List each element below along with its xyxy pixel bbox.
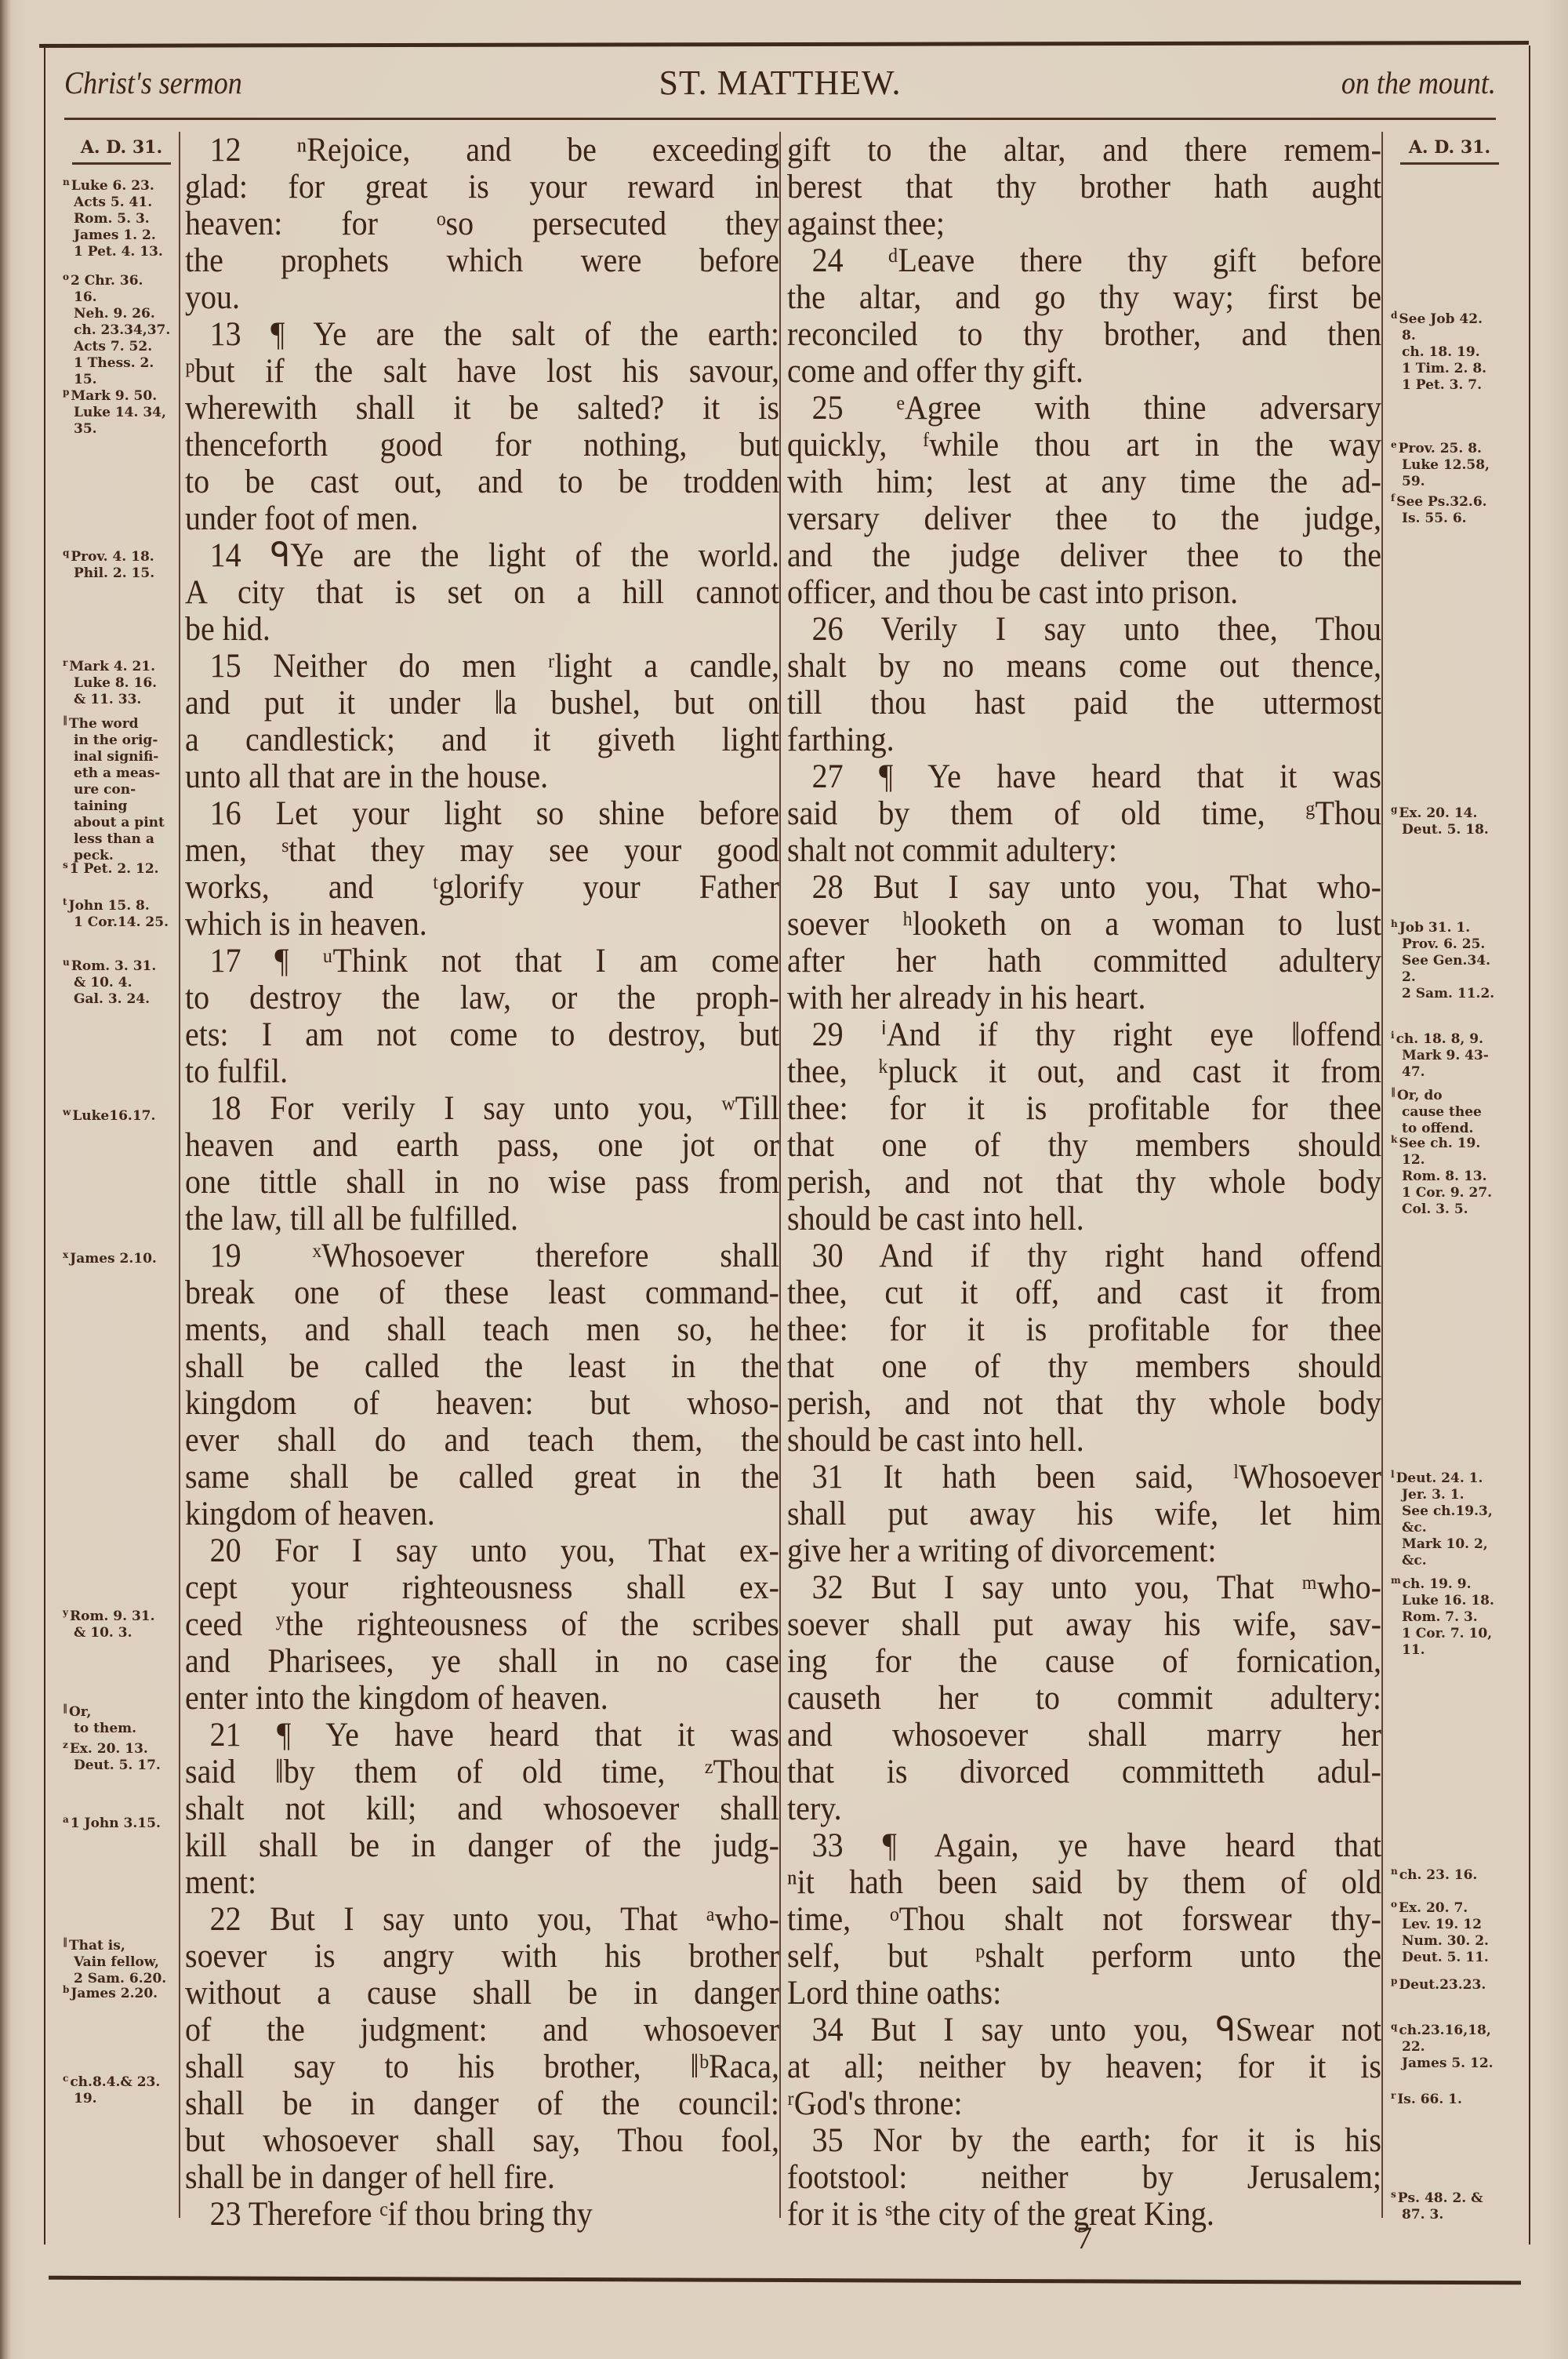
text-line: and the judge deliver thee to the [787,537,1381,574]
text-line: heaven and earth pass, one jot or [185,1127,779,1164]
reference-text: & 10. 4. [74,975,132,990]
reference-mark: r [63,657,67,668]
text-line: 33 ¶ Again, ye have heard that [787,1827,1381,1864]
reference-text: Luke 16. 18. [1402,1593,1494,1608]
text-line: perish, and not that thy whole body [787,1164,1381,1201]
text-line: 29 ⁱAnd if thy right eye ‖offend [787,1016,1381,1053]
reference-text: 1 Cor. 9. 27. [1402,1185,1492,1201]
text-line: enter into the kingdom of heaven. [185,1680,779,1717]
reference-text: 1 Pet. 3. 7. [1402,377,1482,393]
reference-text: Deut. 5. 18. [1402,822,1489,838]
reference-mark: ‖ [63,1703,67,1714]
margin-reference: dSee Job 42.8.ch. 18. 19.1 Tim. 2. 8.1 P… [1391,307,1508,394]
reference-text: Luke 12.58, [1402,457,1490,473]
text-line: be hid. [185,611,779,648]
reference-mark: p [1391,1976,1397,1986]
text-line: ⁿit hath been said by them of old [787,1864,1381,1901]
reference-text: See ch. 19. [1399,1136,1480,1151]
text-line: said ‖by them of old time, ᶻThou [185,1754,779,1790]
text-line: till thou hast paid the uttermost [787,685,1381,722]
reference-mark: u [63,957,70,968]
reference-text: Acts 5. 41. [74,194,152,210]
reference-text: 47. [1402,1064,1425,1080]
margin-reference: wLuke16.17. [63,1104,180,1125]
reference-mark: r [1391,2090,1396,2101]
reference-text: See Ps.32.6. [1396,494,1486,510]
margin-reference: s1 Pet. 2. 12. [63,857,180,878]
reference-text: 1 Pet. 4. 13. [74,244,163,260]
reference-text: See Gen.34. [1402,953,1490,969]
column-divider-center [779,132,781,2218]
text-line: berest that thy brother hath aught [787,169,1381,205]
reference-text: Acts 7. 52. [74,339,152,354]
text-line: that one of thy members should [787,1348,1381,1385]
reference-text: cause thee [1402,1104,1482,1120]
reference-text: Num. 30. 2. [1402,1933,1489,1949]
text-line: shalt by no means come out thence, [787,648,1381,685]
text-line: with him; lest at any time the ad- [787,463,1381,500]
text-line: shall be in danger of the council: [185,2085,779,2122]
margin-reference: sPs. 48. 2. &87. 3. [1391,2186,1508,2223]
text-line: thee, cut it off, and cast it from [787,1274,1381,1311]
reference-mark: a [63,1814,69,1825]
reference-mark: f [1391,493,1395,503]
text-line: thee, ᵏpluck it out, and cast it from [787,1053,1381,1090]
reference-text: Prov. 4. 18. [71,549,154,565]
margin-reference: rIs. 66. 1. [1391,2088,1508,2108]
reference-text: 59. [1402,474,1425,489]
text-line: soever shall put away his wife, sav- [787,1606,1381,1643]
text-line: ever shall do and teach them, the [185,1422,779,1459]
reference-text: Ps. 48. 2. & [1398,2190,1483,2206]
text-line: should be cast into hell. [787,1422,1381,1459]
margin-reference: hJob 31. 1.Prov. 6. 25.See Gen.34.2.2 Sa… [1391,916,1508,1002]
reference-mark: q [63,547,69,558]
margin-reference: nch. 23. 16. [1391,1863,1508,1884]
reference-text: James 1. 2. [74,227,156,243]
reference-mark: l [1391,1469,1395,1480]
margin-reference: a1 John 3.15. [63,1812,180,1832]
text-line: 14 ᑫYe are the light of the world. [185,537,779,574]
text-line: soever ʰlooketh on a woman to lust [787,906,1381,943]
text-line: said by them of old time, ᵍThou [787,795,1381,832]
reference-text: about a pint [74,815,165,831]
margin-reference: qProv. 4. 18.Phil. 2. 15. [63,545,180,582]
text-line: 27 ¶ Ye have heard that it was [787,758,1381,795]
reference-mark: ‖ [63,1936,67,1947]
reference-mark: n [63,176,70,187]
text-line: without a cause shall be in danger [185,1975,779,2012]
left-margin-references: A. D. 31. nLuke 6. 23.Acts 5. 41.Rom. 5.… [63,133,180,176]
reference-text: 2 Sam. 11.2. [1402,986,1494,1001]
text-column-right: gift to the altar, and there remem-beres… [787,132,1381,2233]
text-line: 21 ¶ Ye have heard that it was [185,1717,779,1754]
reference-text: ch. 18. 19. [1402,344,1480,360]
header-rule [64,118,1496,120]
reference-text: Luke16.17. [72,1108,155,1124]
reference-text: 1 Cor.14. 25. [74,914,169,930]
running-header: Christ's sermon ST. MATTHEW. on the moun… [64,61,1496,108]
margin-reference: pMark 9. 50.Luke 14. 34,35. [63,384,180,438]
text-line: the law, till all be fulfilled. [185,1201,779,1238]
reference-text: to them. [74,1721,136,1736]
text-line: 18 For verily I say unto you, ʷTill [185,1090,779,1127]
margin-reference: ‖The wordin the orig-inal signifi-eth a … [63,712,180,864]
text-line: glad: for great is your reward in [185,169,779,205]
reference-text: 35. [74,421,97,437]
reference-text: 2 Chr. 36. [71,273,143,289]
margin-reference: nLuke 6. 23.Acts 5. 41.Rom. 5. 3.James 1… [63,174,180,260]
text-line: ment: [185,1864,779,1901]
text-line: to be cast out, and to be trodden [185,463,779,500]
reference-mark: g [1391,804,1397,815]
text-line: 26 Verily I say unto thee, Thou [787,611,1381,648]
reference-text: ch. 23. 16. [1399,1867,1478,1883]
text-line: kingdom of heaven: but whoso- [185,1385,779,1422]
text-line: kill shall be in danger of the judg- [185,1827,779,1864]
text-line: 12 ⁿRejoice, and be exceeding [185,132,779,169]
reference-mark: e [1391,439,1397,450]
text-line: causeth her to commit adultery: [787,1680,1381,1717]
column-divider-right [1381,132,1383,2218]
text-line: farthing. [787,722,1381,758]
reference-text: ch.8.4.& 23. [70,2074,160,2090]
margin-reference: gEx. 20. 14.Deut. 5. 18. [1391,801,1508,838]
header-right-title: on the mount. [1341,64,1496,101]
text-line: 30 And if thy right hand offend [787,1238,1381,1274]
text-line: after her hath committed adultery [787,943,1381,980]
reference-mark: s [1391,2189,1396,2200]
reference-text: ch. 19. 9. [1403,1576,1472,1592]
text-line: 34 But I say unto you, ᑫSwear not [787,2012,1381,2048]
reference-text: 1 Pet. 2. 12. [70,861,159,877]
text-line: and put it under ‖a bushel, but on [185,685,779,722]
reference-mark: p [63,387,69,398]
margin-reference: pDeut.23.23. [1391,1973,1508,1994]
text-line: the prophets which were before [185,242,779,279]
reference-text: Ex. 20. 13. [70,1741,148,1757]
reference-text: Is. 55. 6. [1402,511,1467,526]
text-line: ets: I am not come to destroy, but [185,1016,779,1053]
text-line: shall be in danger of hell fire. [185,2159,779,2196]
margin-reference: xJames 2.10. [63,1247,180,1267]
text-line: 13 ¶ Ye are the salt of the earth: [185,316,779,353]
page-number: 7 [787,2219,1381,2256]
reference-mark: h [1391,918,1398,929]
header-book-title: ST. MATTHEW. [64,63,1496,103]
reference-mark: b [63,1984,69,1995]
reference-text: Col. 3. 5. [1402,1201,1468,1217]
text-line: with her already in his heart. [787,980,1381,1016]
text-line: soever is angry with his brother [185,1938,779,1975]
reference-mark: o [63,271,69,282]
margin-reference: eProv. 25. 8.Luke 12.58,59. [1391,437,1508,490]
text-line: Lord thine oaths: [787,1975,1381,2012]
text-line: perish, and not that thy whole body [787,1385,1381,1422]
text-line: that is divorced committeth adul- [787,1754,1381,1790]
text-line: and whosoever shall marry her [787,1717,1381,1754]
reference-text: 22. [1402,2039,1425,2055]
text-line: under foot of men. [185,500,779,537]
text-line: shall be called the least in the [185,1348,779,1385]
text-line: quickly, ᶠwhile thou art in the way [787,427,1381,463]
text-line: cept your righteousness shall ex- [185,1569,779,1606]
text-line: tery. [787,1790,1381,1827]
reference-text: Deut. 24. 1. [1396,1470,1483,1486]
right-margin-year: A. D. 31. [1400,140,1499,165]
margin-reference: zEx. 20. 13.Deut. 5. 17. [63,1737,180,1774]
text-line: 32 But I say unto you, That ᵐwho- [787,1569,1381,1606]
text-line: ʳGod's throne: [787,2085,1381,2122]
reference-mark: k [1391,1134,1397,1145]
text-line: self, but ᵖshalt perform unto the [787,1938,1381,1975]
text-line: one tittle shall in no wise pass from [185,1164,779,1201]
reference-text: 11. [1402,1642,1425,1658]
margin-reference: mch. 19. 9.Luke 16. 18.Rom. 7. 3.1 Cor. … [1391,1572,1508,1659]
reference-text: Rom. 3. 31. [71,958,157,974]
reference-text: Gal. 3. 24. [74,991,150,1007]
margin-reference: uRom. 3. 31.& 10. 4.Gal. 3. 24. [63,954,180,1008]
text-line: versary deliver thee to the judge, [787,500,1381,537]
margin-reference: ich. 18. 8, 9.Mark 9. 43-47. [1391,1027,1508,1081]
reference-mark: i [1391,1030,1395,1041]
text-line: A city that is set on a hill cannot [185,574,779,611]
text-line: to fulfil. [185,1053,779,1090]
text-line: 22 But I say unto you, That ᵃwho- [185,1901,779,1938]
text-line: of the judgment: and whosoever [185,2012,779,2048]
text-line: 28 But I say unto you, That who- [787,869,1381,906]
reference-text: Mark 4. 21. [69,659,155,674]
reference-text: 1 Cor. 7. 10, [1402,1626,1492,1641]
reference-text: 87. 3. [1402,2207,1443,2223]
reference-text: Or, [69,1704,91,1720]
reference-text: Rom. 9. 31. [70,1608,155,1624]
text-column-left: 12 ⁿRejoice, and be exceedingglad: for g… [185,132,779,2233]
margin-reference: cch.8.4.& 23.19. [63,2070,180,2107]
reference-text: 16. [74,289,97,305]
text-line: thenceforth good for nothing, but [185,427,779,463]
text-line: 23 Therefore ᶜif thou bring thy [185,2196,779,2233]
margin-reference: oEx. 20. 7.Lev. 19. 12Num. 30. 2.Deut. 5… [1391,1896,1508,1966]
reference-text: Mark 9. 50. [71,388,157,404]
text-line: kingdom of heaven. [185,1496,779,1532]
reference-text: 19. [74,2091,97,2106]
reference-text: John 15. 8. [69,898,150,914]
text-line: shalt not commit adultery: [787,832,1381,869]
text-line: men, ˢthat they may see your good [185,832,779,869]
margin-reference: rMark 4. 21.Luke 8. 16.& 11. 33. [63,655,180,708]
reference-text: Is. 66. 1. [1397,2092,1462,2107]
text-line: same shall be called great in the [185,1459,779,1496]
text-line: and Pharisees, ye shall in no case [185,1643,779,1680]
text-line: thee: for it is profitable for thee [787,1090,1381,1127]
text-line: to destroy the law, or the proph- [185,980,779,1016]
text-line: 17 ¶ ᵘThink not that I am come [185,943,779,980]
text-line: thee: for it is profitable for thee [787,1311,1381,1348]
text-line: gift to the altar, and there remem- [787,132,1381,169]
text-line: 19 ˣWhosoever therefore shall [185,1238,779,1274]
reference-text: Phil. 2. 15. [74,565,154,581]
reference-text: See Job 42. [1399,311,1483,327]
text-line: ceed ʸthe righteousness of the scribes [185,1606,779,1643]
reference-text: Deut. 5. 11. [1402,1950,1489,1965]
reference-text: inal signifi- [74,749,158,765]
text-line: 15 Neither do men ʳlight a candle, [185,648,779,685]
reference-text: See ch.19.3, [1402,1503,1493,1519]
text-line: 31 It hath been said, ˡWhosoever [787,1459,1381,1496]
text-line: come and offer thy gift. [787,353,1381,390]
text-line: heaven: for ᵒso persecuted they [185,205,779,242]
reference-mark: t [63,896,67,907]
text-line: 16 Let your light so shine before [185,795,779,832]
text-line: that one of thy members should [787,1127,1381,1164]
reference-text: Deut.23.23. [1399,1977,1486,1993]
reference-text: Rom. 8. 13. [1402,1169,1487,1184]
reference-text: taining [74,798,127,814]
reference-mark: q [1391,2021,1397,2032]
reference-mark: s [63,860,68,871]
reference-mark: c [63,2073,68,2084]
text-line: reconciled to thy brother, and then [787,316,1381,353]
reference-text: Lev. 19. 12 [1402,1917,1482,1932]
text-line: shall say to his brother, ‖ᵇRaca, [185,2048,779,2085]
reference-text: eth a meas- [74,765,160,781]
margin-reference: fSee Ps.32.6.Is. 55. 6. [1391,490,1508,527]
reference-text: 8. [1402,328,1416,343]
right-margin-references: A. D. 31. dSee Job 42.8.ch. 18. 19.1 Tim… [1391,133,1508,176]
reference-text: ch.23.16,18, [1399,2023,1490,2038]
reference-mark: n [1391,1866,1398,1877]
reference-text: in the orig- [74,732,158,748]
reference-text: 12. [1402,1152,1425,1168]
reference-mark: o [1391,1899,1397,1910]
text-line: shall put away his wife, let him [787,1496,1381,1532]
reference-mark: m [1391,1575,1401,1586]
reference-text: Ex. 20. 7. [1399,1900,1468,1916]
text-line: you. [185,279,779,316]
reference-text: Prov. 25. 8. [1399,441,1482,456]
text-line: but whosoever shall say, Thou fool, [185,2122,779,2159]
text-line: 24 ᵈLeave there thy gift before [787,242,1381,279]
margin-reference: ‖Or, docause theeto offend. [1391,1084,1508,1137]
column-divider-left [179,132,180,2218]
text-line: ᵖbut if the salt have lost his savour, [185,353,779,390]
text-line: break one of these least command- [185,1274,779,1311]
reference-text: & 10. 3. [74,1625,132,1641]
reference-mark: d [1391,310,1397,321]
reference-text: Rom. 5. 3. [74,211,150,227]
text-line: ments, and shall teach men so, he [185,1311,779,1348]
reference-text: James 2.20. [71,1986,158,2001]
reference-text: 2. [1402,969,1416,985]
margin-reference: qch.23.16,18,22.James 5. 12. [1391,2019,1508,2072]
reference-text: Rom. 7. 3. [1402,1609,1478,1625]
reference-text: Jer. 3. 1. [1402,1487,1465,1503]
text-line: which is in heaven. [185,906,779,943]
reference-text: 1 Tim. 2. 8. [1402,361,1486,376]
text-line: at all; neither by heaven; for it is [787,2048,1381,2085]
reference-text: James 5. 12. [1402,2055,1494,2071]
reference-text: Prov. 6. 25. [1402,936,1485,952]
reference-text: ch. 18. 8, 9. [1396,1031,1483,1047]
text-line: footstool: neither by Jerusalem; [787,2159,1381,2196]
reference-mark: z [63,1739,68,1750]
text-line: time, ᵒThou shalt not forswear thy- [787,1901,1381,1938]
reference-text: Mark 10. 2, [1402,1536,1488,1552]
reference-text: 1 Thess. 2. [74,355,154,371]
reference-text: That is, [69,1938,125,1954]
reference-text: ch. 23.34,37. [74,322,170,338]
text-line: officer, and thou be cast into prison. [787,574,1381,611]
text-line: give her a writing of divorcement: [787,1532,1381,1569]
text-line: 25 ᵉAgree with thine adversary [787,390,1381,427]
reference-text: 1 John 3.15. [71,1816,161,1831]
reference-text: The word [69,716,139,732]
reference-mark: ‖ [1391,1086,1396,1097]
reference-text: Luke 14. 34, [74,405,166,420]
reference-text: Luke 6. 23. [71,178,154,194]
text-line: shalt not kill; and whosoever shall [185,1790,779,1827]
text-line: unto all that are in the house. [185,758,779,795]
text-line: works, and ᵗglorify your Father [185,869,779,906]
margin-reference: ‖Or,to them. [63,1700,180,1737]
reference-mark: y [63,1607,68,1618]
reference-text: Deut. 5. 17. [74,1757,161,1773]
text-line: against thee; [787,205,1381,242]
text-line: 35 Nor by the earth; for it is his [787,2122,1381,2159]
text-line: should be cast into hell. [787,1201,1381,1238]
margin-reference: bJames 2.20. [63,1982,180,2002]
margin-reference: kSee ch. 19.12.Rom. 8. 13.1 Cor. 9. 27.C… [1391,1132,1508,1218]
reference-text: Luke 8. 16. [74,675,157,691]
reference-text: ure con- [74,782,136,798]
reference-mark: w [63,1107,71,1118]
reference-mark: ‖ [63,714,67,725]
bottom-rule [49,2276,1521,2285]
text-line: ing for the cause of fornication, [787,1643,1381,1680]
reference-text: &c. [1402,1553,1427,1568]
reference-text: Vain fellow, [74,1954,159,1970]
text-line: the altar, and go thy way; first be [787,279,1381,316]
reference-text: James 2.10. [70,1251,157,1267]
reference-text: less than a [74,831,154,847]
reference-text: Neh. 9. 26. [74,306,155,322]
margin-reference: tJohn 15. 8.1 Cor.14. 25. [63,894,180,931]
text-line: wherewith shall it be salted? it is [185,390,779,427]
reference-text: Mark 9. 43- [1402,1048,1489,1063]
left-margin-year: A. D. 31. [72,140,171,165]
reference-text: Or, do [1397,1088,1443,1103]
margin-reference: lDeut. 24. 1.Jer. 3. 1.See ch.19.3,&c.Ma… [1391,1467,1508,1569]
reference-text: &c. [1402,1520,1427,1536]
text-line: a candlestick; and it giveth light [185,722,779,758]
text-line: 20 For I say unto you, That ex- [185,1532,779,1569]
margin-reference: yRom. 9. 31.& 10. 3. [63,1605,180,1641]
reference-mark: x [63,1249,68,1260]
reference-text: Job 31. 1. [1399,920,1470,936]
margin-reference: ‖That is,Vain fellow,2 Sam. 6.20. [63,1934,180,1987]
reference-text: & 11. 33. [74,692,141,707]
margin-reference: o2 Chr. 36.16.Neh. 9. 26.ch. 23.34,37.Ac… [63,269,180,388]
reference-text: Ex. 20. 14. [1399,805,1477,821]
